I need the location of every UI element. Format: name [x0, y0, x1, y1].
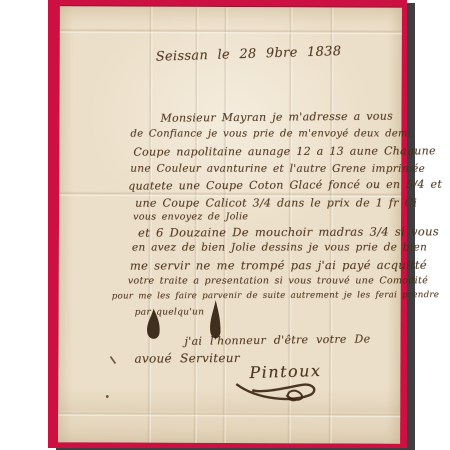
letter-body-line: pour me les faire parvenir de suite autr… [112, 290, 440, 301]
letter-closing-line: j'ai l'honneur d'être votre De [184, 332, 370, 347]
fold-shading [58, 386, 400, 414]
product-image-canvas: { "colors": { "mat_red": "#cd1042", "pap… [0, 0, 450, 450]
horizontal-fold-crease [60, 28, 402, 34]
letter-body-line: Coupe napolitaine aunage 12 a 13 aune Ch… [133, 144, 436, 158]
letter-dateline: Seissan le 28 9bre 1838 [156, 44, 342, 65]
letter-body-line: une Coupe Calicot 3/4 dans le prix de 1 … [135, 196, 417, 209]
signature: Pintoux [249, 361, 322, 382]
letter-photo[interactable]: Seissan le 28 9bre 1838 Monsieur Mayran … [48, 0, 407, 448]
letter-body-line: en avez de bien Jolie dessins je vous pr… [132, 241, 427, 253]
letter-closing-line: avoué Serviteur [134, 351, 239, 366]
letter-body-line: me servir ne me trompé pas j'ai payé acq… [130, 258, 427, 273]
letter-body-line: vous envoyez de Jolie [133, 211, 248, 222]
letter-paper: Seissan le 28 9bre 1838 Monsieur Mayran … [58, 6, 402, 443]
letter-body-line: de Confiance je vous prie de m'envoyé de… [130, 128, 411, 139]
letter-body-line: par quelqu'un [135, 307, 205, 317]
ink-blot [210, 300, 221, 338]
letter-body-line: votre traite a presentation si vous trou… [128, 275, 428, 286]
letter-body-line: Monsieur Mayran je m'adresse a vous [160, 109, 393, 124]
ink-speck [110, 356, 115, 363]
letter-body-line: une Couleur avanturine et l'autre Grene … [130, 163, 425, 175]
letter-body-line: et 6 Douzaine De mouchoir madras 3/4 si … [138, 224, 439, 239]
letter-body-line: quatete une Coupe Coton Glacé foncé ou e… [128, 178, 442, 193]
